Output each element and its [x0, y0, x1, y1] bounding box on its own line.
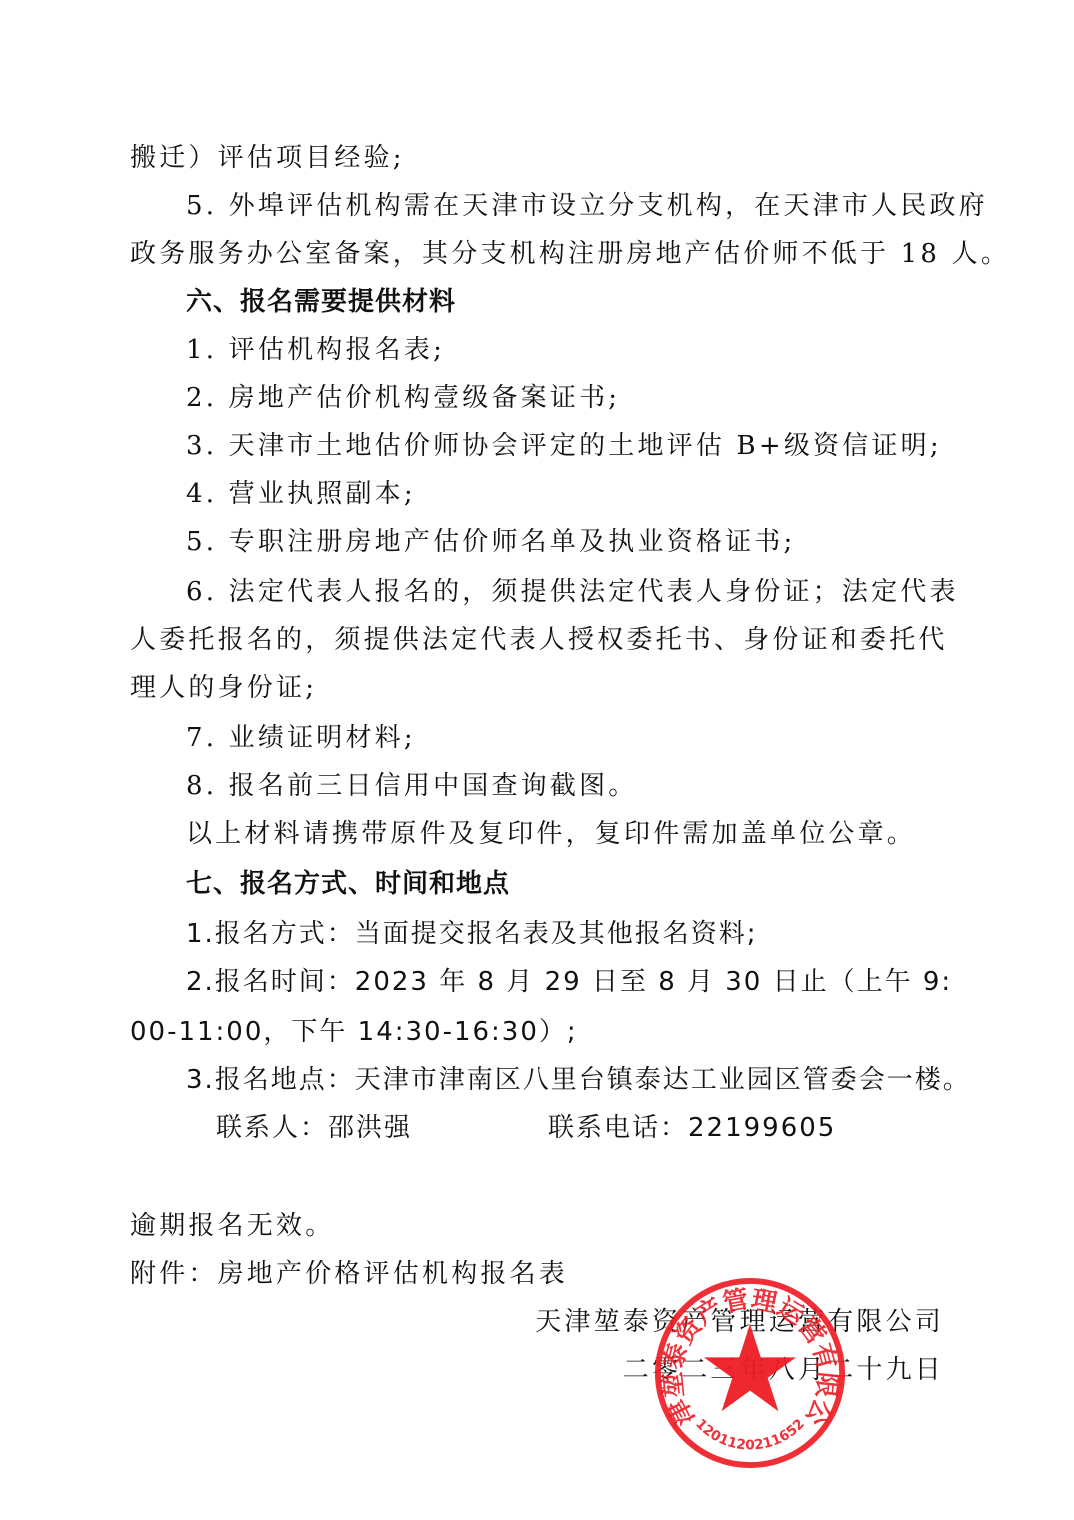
text-line: 政务服务办公室备案，其分支机构注册房地产估价师不低于 18 人。 [130, 238, 1010, 270]
list-item: 人委托报名的，须提供法定代表人授权委托书、身份证和委托代 [130, 624, 948, 656]
text-line: 搬迁）评估项目经验; [130, 142, 405, 174]
list-item: 8. 报名前三日信用中国查询截图。 [186, 770, 637, 802]
text-line: 5. 外埠评估机构需在天津市设立分支机构，在天津市人民政府 [186, 190, 988, 222]
list-item: 1. 评估机构报名表; [186, 334, 445, 366]
list-item: 6. 法定代表人报名的，须提供法定代表人身份证；法定代表 [186, 576, 959, 608]
list-item: 理人的身份证; [130, 672, 317, 704]
list-item: 2. 房地产估价机构壹级备案证书; [186, 382, 620, 414]
attachment-line: 附件：房地产价格评估机构报名表 [130, 1258, 568, 1290]
list-item: 00-11:00，下午 14:30-16:30）; [130, 1016, 578, 1048]
contact-person: 联系人：邵洪强 [216, 1112, 412, 1144]
svg-text:1201120211652: 1201120211652 [692, 1416, 808, 1453]
list-item: 3.报名地点：天津市津南区八里台镇泰达工业园区管委会一楼。 [186, 1064, 971, 1096]
list-item: 3. 天津市土地估价师协会评定的土地评估 B+级资信证明; [186, 430, 942, 462]
list-item: 4. 营业执照副本; [186, 478, 416, 510]
list-item: 5. 专职注册房地产估价师名单及执业资格证书; [186, 526, 795, 558]
company-seal-icon: 天津堃泰资产管理运营有限公司 1201120211652 [652, 1275, 848, 1471]
list-item: 2.报名时间：2023 年 8 月 29 日至 8 月 30 日止（上午 9: [186, 966, 952, 998]
contact-phone: 联系电话：22199605 [548, 1112, 836, 1144]
list-item: 7. 业绩证明材料; [186, 722, 416, 754]
list-item: 1.报名方式：当面提交报名表及其他报名资料; [186, 918, 758, 950]
section-heading: 六、报名需要提供材料 [186, 286, 456, 318]
note-text: 以上材料请携带原件及复印件，复印件需加盖单位公章。 [186, 818, 916, 850]
section-heading: 七、报名方式、时间和地点 [186, 868, 510, 900]
overdue-notice: 逾期报名无效。 [130, 1210, 334, 1242]
